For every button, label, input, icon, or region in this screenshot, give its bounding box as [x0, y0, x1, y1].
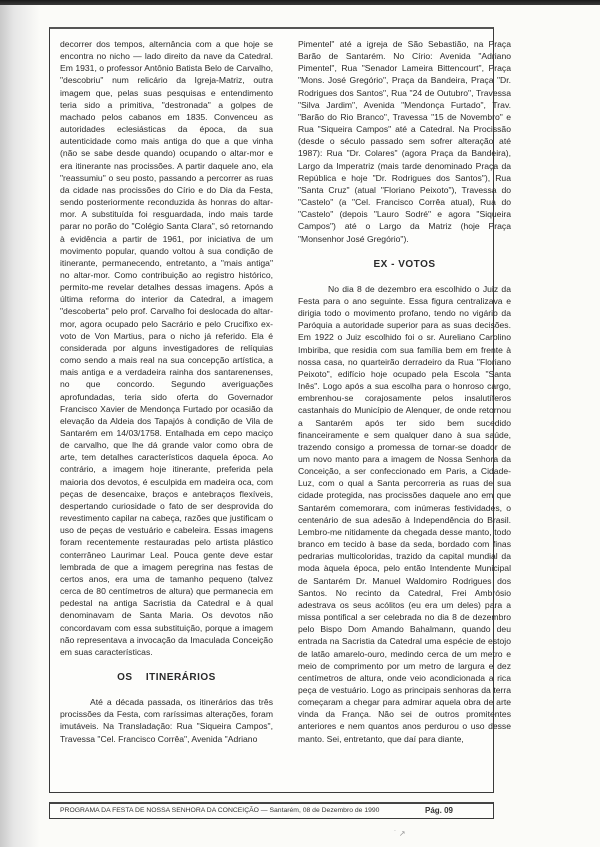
right-paragraph-continuation: Pimentel" até a igreja de São Sebastião,… — [298, 38, 511, 245]
section-heading-ex-votos: EX - VOTOS — [298, 259, 511, 271]
ex-votos-paragraph: No dia 8 de dezembro era escolhido o Jui… — [298, 283, 511, 745]
right-column: Pimentel" até a igreja de São Sebastião,… — [298, 38, 511, 745]
scan-top-edge — [0, 0, 600, 5]
itinerarios-paragraph: Até a década passada, os itinerários das… — [60, 696, 273, 745]
section-heading-itinerarios: OS ITINERÁRIOS — [60, 672, 273, 684]
scan-page-shadow — [0, 5, 40, 847]
scan-artifact-mark: ˙ ↗ — [394, 829, 406, 838]
page-content-frame: decorrer dos tempos, alternância com a q… — [49, 27, 494, 793]
page-number: Pág. 09 — [425, 804, 453, 818]
left-paragraph-continuation: decorrer dos tempos, alternância com a q… — [60, 38, 273, 658]
page-footer: PROGRAMA DA FESTA DE NOSSA SENHORA DA CO… — [49, 802, 494, 819]
footer-program-title: PROGRAMA DA FESTA DE NOSSA SENHORA DA CO… — [60, 804, 379, 818]
left-column: decorrer dos tempos, alternância com a q… — [60, 38, 273, 745]
